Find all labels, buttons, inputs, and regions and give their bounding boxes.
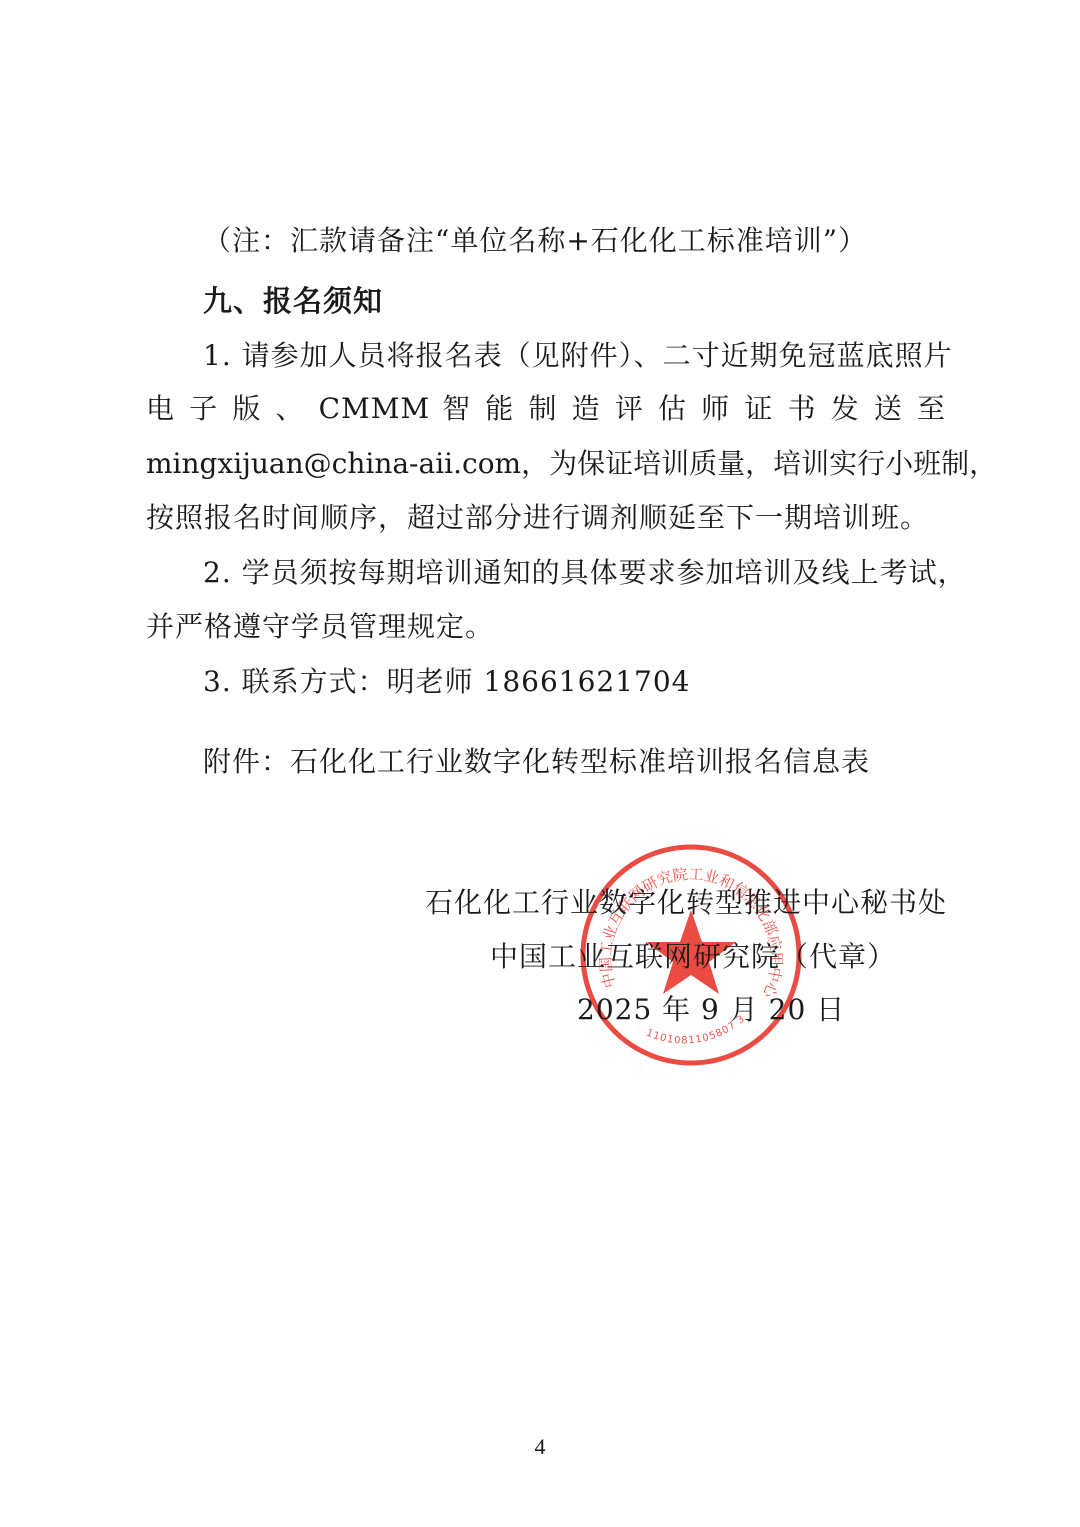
document-page: （注：汇款请备注“单位名称+石化化工标准培训”） 九、报名须知 1. 请参加人员… bbox=[0, 0, 1080, 1527]
signature-org1: 石化化工行业数字化转型推进中心秘书处 bbox=[425, 883, 947, 923]
page-number: 4 bbox=[0, 1434, 1080, 1460]
signature-org2: 中国工业互联网研究院（代章） bbox=[490, 937, 896, 977]
signature-date: 2025 年 9 月 20 日 bbox=[577, 990, 845, 1030]
